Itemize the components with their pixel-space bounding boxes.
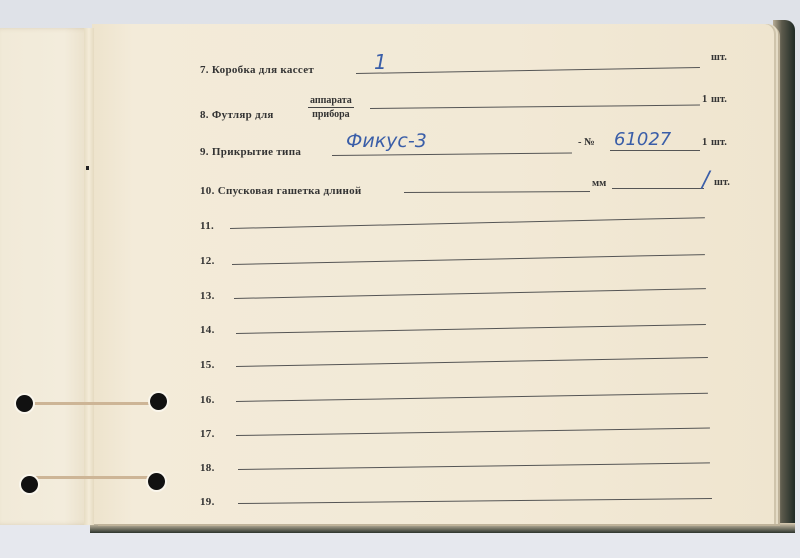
item-12: 12.: [200, 255, 215, 267]
item-number: 17.: [200, 428, 215, 440]
item-number: 12.: [200, 255, 215, 267]
item-8: 8. Футляр для: [200, 109, 274, 121]
handwritten-type: Фикус-3: [346, 130, 427, 152]
fill-line: [612, 188, 704, 189]
item-16: 16.: [200, 394, 215, 406]
item-number: 18.: [200, 462, 215, 474]
binding-thread: [30, 476, 158, 479]
item-number: 16.: [200, 394, 215, 406]
number-sign: - №: [578, 137, 595, 148]
item-number: 19.: [200, 496, 215, 508]
binding-hole: [148, 473, 165, 490]
right-page: [92, 24, 774, 524]
fill-line: [610, 150, 700, 151]
item-number: 8.: [200, 109, 209, 121]
handwritten-value: /: [702, 168, 709, 193]
left-page: [0, 28, 92, 525]
fraction-top: аппарата: [308, 94, 354, 108]
item-number: 9.: [200, 146, 209, 158]
item-19: 19.: [200, 496, 215, 508]
item-number: 13.: [200, 290, 215, 302]
item-label: Прикрытие типа: [212, 146, 301, 158]
handwritten-value: 1: [374, 50, 387, 74]
mm-label: мм: [592, 178, 606, 189]
item-9: 9. Прикрытие типа: [200, 146, 301, 158]
handwritten-serial: 61027: [614, 129, 671, 150]
fraction-choice: аппарата прибора: [308, 94, 354, 121]
item-11: 11.: [200, 220, 214, 232]
item-17: 17.: [200, 428, 215, 440]
ink-speck: [86, 166, 89, 170]
page-gutter: [84, 28, 94, 525]
count-value: 1: [702, 137, 707, 148]
unit-label: шт.: [714, 177, 730, 188]
unit-label: шт.: [711, 137, 727, 148]
item-10: 10. Спусковая гашетка длиной: [200, 185, 362, 197]
fraction-bottom: прибора: [308, 108, 354, 121]
item-number: 7.: [200, 64, 209, 76]
book-bottom-edge: [90, 523, 795, 533]
item-number: 15.: [200, 359, 215, 371]
item-15: 15.: [200, 359, 215, 371]
book-cover-edge: [773, 20, 795, 532]
item-number: 14.: [200, 324, 215, 336]
unit-label: шт.: [711, 52, 727, 63]
item-label: Футляр для: [212, 109, 274, 121]
item-14: 14.: [200, 324, 215, 336]
item-label: Спусковая гашетка длиной: [218, 185, 362, 197]
booklet: [0, 18, 795, 533]
binding-hole: [150, 393, 167, 410]
item-7: 7. Коробка для кассет: [200, 64, 314, 76]
item-13: 13.: [200, 290, 215, 302]
unit-label: шт.: [711, 94, 727, 105]
item-number: 10.: [200, 185, 215, 197]
item-label: Коробка для кассет: [212, 64, 314, 76]
binding-hole: [16, 395, 33, 412]
item-18: 18.: [200, 462, 215, 474]
binding-thread: [26, 402, 158, 405]
item-number: 11.: [200, 220, 214, 232]
count-value: 1: [702, 94, 707, 105]
binding-hole: [21, 476, 38, 493]
